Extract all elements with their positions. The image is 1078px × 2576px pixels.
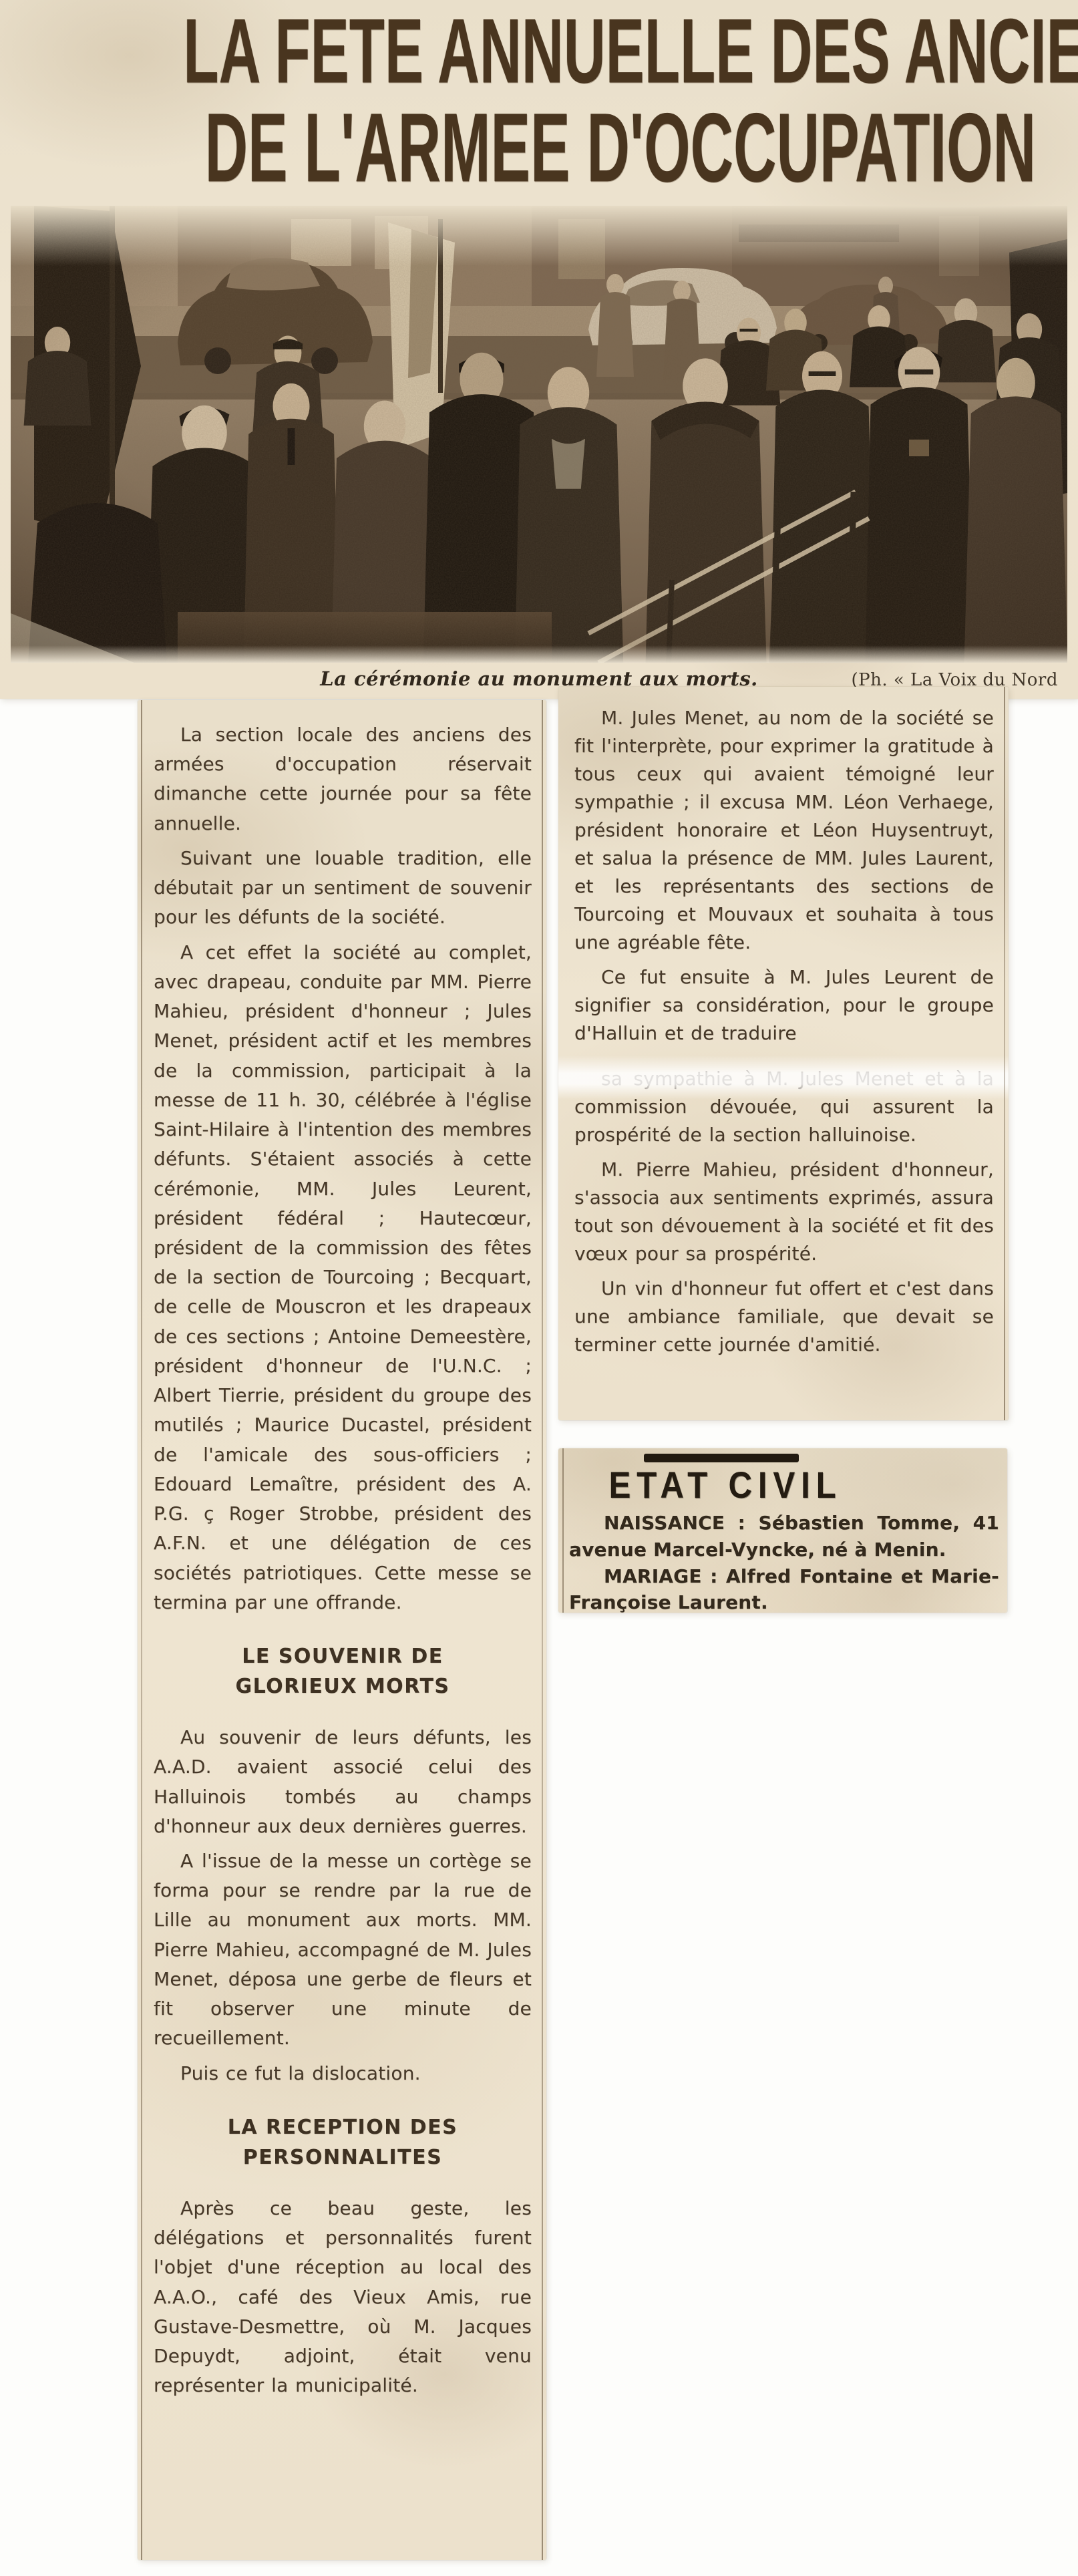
etat-civil-clipping: ETAT CIVIL NAISSANCE : Sébastien Tomme, …	[558, 1448, 1007, 1613]
article-column-right: M. Jules Menet, au nom de la société se …	[558, 687, 1009, 1420]
paragraph: M. Jules Menet, au nom de la société se …	[574, 704, 994, 957]
paragraph: La section locale des anciens des armées…	[154, 720, 532, 838]
paragraph: Après ce beau geste, les délégations et …	[154, 2194, 532, 2401]
article-title-line1: LA FETE ANNUELLE DES ANCIENS	[183, 5, 894, 97]
ceremony-photo	[11, 206, 1067, 663]
etat-civil-entries: NAISSANCE : Sébastien Tomme, 41 avenue M…	[569, 1510, 999, 1613]
right-column-text: M. Jules Menet, au nom de la société se …	[574, 704, 994, 1365]
photo-top-fade	[11, 206, 1067, 266]
paragraph: M. Pierre Mahieu, président d'honneur, s…	[574, 1156, 994, 1268]
paragraph: A cet effet la société au complet, avec …	[154, 938, 532, 1617]
halftone-grain	[11, 206, 1067, 663]
ceremony-photo-illustration	[11, 206, 1067, 663]
paragraph: Un vin d'honneur fut offert et c'est dan…	[574, 1275, 994, 1359]
naissance-entry: NAISSANCE : Sébastien Tomme, 41 avenue M…	[569, 1510, 999, 1563]
paragraph: Puis ce fut la dislocation.	[154, 2059, 532, 2088]
masthead-clipping: LA FETE ANNUELLE DES ANCIENS DE L'ARMEE …	[0, 0, 1078, 699]
heading-rule	[644, 1454, 799, 1462]
article-title-line2: DE L'ARMEE D'OCCUPATION	[205, 99, 874, 197]
mariage-entry: MARIAGE : Alfred Fontaine et Marie-Franç…	[569, 1563, 999, 1613]
left-column-text: La section locale des anciens des armées…	[154, 720, 532, 2406]
article-column-left: La section locale des anciens des armées…	[138, 700, 546, 2560]
paragraph: A l'issue de la messe un cortège se form…	[154, 1846, 532, 2054]
newspaper-page: LA FETE ANNUELLE DES ANCIENS DE L'ARMEE …	[0, 0, 1078, 2576]
paragraph: sa sympathie à M. Jules Menet et à la co…	[574, 1065, 994, 1149]
paragraph: Au souvenir de leurs défunts, les A.A.D.…	[154, 1723, 532, 1841]
subheading-souvenir: LE SOUVENIR DE GLORIEUX MORTS	[182, 1641, 503, 1702]
paragraph: Ce fut ensuite à M. Jules Leurent de sig…	[574, 963, 994, 1048]
paragraph: Suivant une louable tradition, elle débu…	[154, 844, 532, 933]
etat-civil-title: ETAT CIVIL	[578, 1463, 872, 1506]
photo-bottom-fade	[11, 645, 1067, 663]
subheading-reception: LA RECEPTION DES PERSONNALITES	[182, 2112, 503, 2172]
